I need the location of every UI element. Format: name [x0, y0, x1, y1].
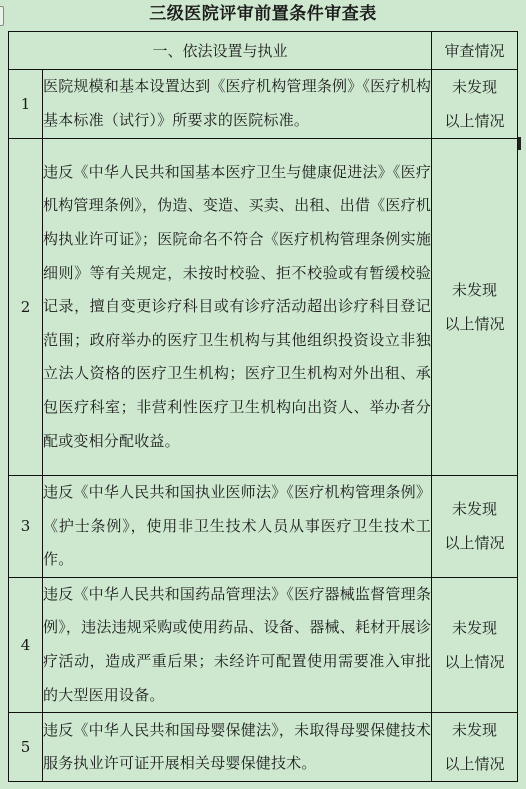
table-row: 2 违反《中华人民共和国基本医疗卫生与健康促进法》《医疗机构管理条例》，伪造、变… [9, 139, 518, 476]
status-line-2: 以上情况 [432, 104, 517, 138]
table-row: 3 违反《中华人民共和国执业医师法》《医疗机构管理条例》《护士条例》，使用非卫生… [9, 476, 518, 578]
row-number: 3 [9, 476, 43, 578]
section-header: 一、依法设置与执业 [9, 32, 432, 70]
condition-text: 违反《中华人民共和国药品管理法》《医疗器械监督管理条例》，违法违规采购或使用药品… [43, 577, 432, 712]
status-line-1: 未发现 [432, 273, 517, 307]
row-number: 5 [9, 713, 43, 782]
condition-text: 违反《中华人民共和国基本医疗卫生与健康促进法》《医疗机构管理条例》，伪造、变造、… [43, 139, 432, 476]
condition-text: 违反《中华人民共和国母婴保健法》，未取得母婴保健技术服务执业许可证开展相关母婴保… [43, 713, 432, 782]
row-number: 4 [9, 577, 43, 712]
review-status: 未发现 以上情况 [432, 70, 518, 139]
status-line-2: 以上情况 [432, 747, 517, 781]
status-line-2: 以上情况 [432, 526, 517, 560]
table-row: 1 医院规模和基本设置达到《医疗机构管理条例》《医疗机构基本标准（试行）》所要求… [9, 70, 518, 139]
condition-text: 违反《中华人民共和国执业医师法》《医疗机构管理条例》《护士条例》，使用非卫生技术… [43, 476, 432, 578]
review-table: 一、依法设置与执业 审查情况 1 医院规模和基本设置达到《医疗机构管理条例》《医… [8, 31, 518, 782]
review-status: 未发现 以上情况 [432, 476, 518, 578]
table-row: 4 违反《中华人民共和国药品管理法》《医疗器械监督管理条例》，违法违规采购或使用… [9, 577, 518, 712]
condition-text: 医院规模和基本设置达到《医疗机构管理条例》《医疗机构基本标准（试行）》所要求的医… [43, 70, 432, 139]
review-status: 未发现 以上情况 [432, 577, 518, 712]
table-header-row: 一、依法设置与执业 审查情况 [9, 32, 518, 70]
table-row: 5 违反《中华人民共和国母婴保健法》，未取得母婴保健技术服务执业许可证开展相关母… [9, 713, 518, 782]
status-line-2: 以上情况 [432, 307, 517, 341]
status-line-1: 未发现 [432, 492, 517, 526]
status-column-header: 审查情况 [432, 32, 518, 70]
status-line-1: 未发现 [432, 611, 517, 645]
review-status: 未发现 以上情况 [432, 139, 518, 476]
text-cursor-marker [518, 137, 521, 150]
status-line-1: 未发现 [432, 70, 517, 104]
row-number: 1 [9, 70, 43, 139]
status-line-1: 未发现 [432, 713, 517, 747]
status-line-2: 以上情况 [432, 645, 517, 679]
document-title: 三级医院评审前置条件审查表 [0, 2, 526, 26]
row-number: 2 [9, 139, 43, 476]
review-status: 未发现 以上情况 [432, 713, 518, 782]
